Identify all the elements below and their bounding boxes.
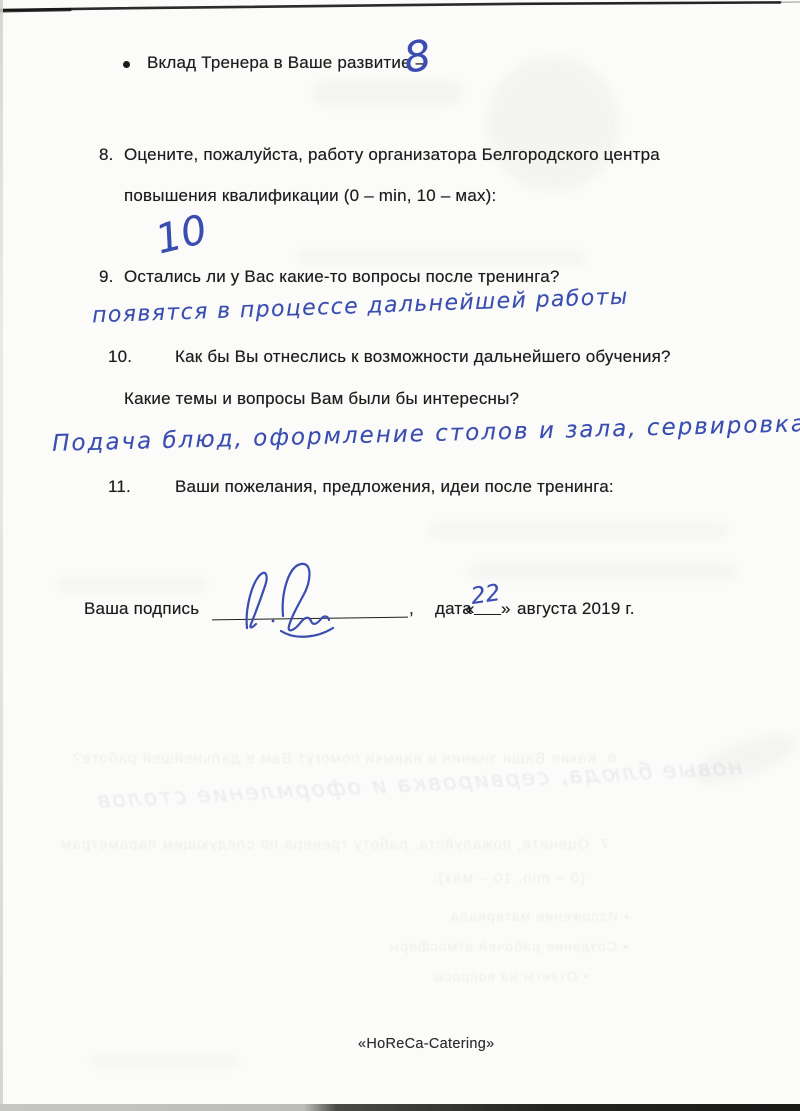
- q11-number: 11.: [108, 477, 131, 497]
- q10-number: 10.: [108, 347, 132, 367]
- date-close-quote: »: [501, 599, 511, 619]
- bleedthrough-scale-note: (0 – min, 10 – мах):: [432, 870, 585, 887]
- handwritten-answer-q10: Подача блюд, оформление столов и зала, с…: [52, 411, 800, 457]
- q11-text: Ваши пожелания, предложения, идеи после …: [175, 477, 614, 497]
- footer-brand: «HoReCa-Catering»: [358, 1036, 494, 1052]
- date-suffix: августа 2019 г.: [517, 599, 635, 619]
- handwritten-score-10: 10: [151, 207, 212, 264]
- bullet-item-label: Вклад Тренера в Ваше развитие –: [147, 53, 425, 73]
- bleedthrough-emblem-ghost: [486, 56, 620, 192]
- signature-handwriting: [225, 558, 350, 643]
- scan-edge-top: [0, 0, 800, 14]
- q8-text-line1: Оцените, пожалуйста, работу организатора…: [124, 145, 660, 165]
- signature-comma: ,: [409, 599, 414, 619]
- bleedthrough-question-6: 6. Какие Ваши знания и навыки помогут Ва…: [72, 750, 616, 767]
- scan-edge-left: [0, 0, 3, 1111]
- bleedthrough-bullet: • Создание рабочей атмосферы: [388, 938, 628, 954]
- bleedthrough-bullet: • Изложение материала: [450, 908, 629, 924]
- q9-number: 9.: [99, 267, 114, 287]
- q8-number: 8.: [99, 145, 114, 165]
- handwritten-date-22: 22: [469, 580, 502, 610]
- bleedthrough-bullet: • Ответы на вопросы: [432, 968, 589, 984]
- bleedthrough-smudge: [296, 250, 586, 264]
- bleedthrough-question-7: 7. Оцените, пожалуйста, работу тренера п…: [60, 836, 609, 853]
- bleedthrough-smudge: [56, 578, 206, 592]
- q9-text: Остались ли у Вас какие-то вопросы после…: [124, 267, 560, 287]
- bullet-icon: [123, 61, 130, 68]
- signature-label: Ваша подпись: [84, 599, 199, 619]
- handwritten-score-8: 8: [400, 30, 434, 83]
- bleedthrough-title-ghost: [312, 80, 462, 106]
- q8-text-line2: повышения квалификации (0 – min, 10 – ма…: [124, 186, 496, 206]
- bleedthrough-smudge: [90, 1056, 240, 1067]
- handwritten-answer-q9: появятся в процессе дальнейшей работы: [92, 285, 629, 329]
- scanned-questionnaire-page: 6. Какие Ваши знания и навыки помогут Ва…: [0, 0, 800, 1111]
- q10-text-line1: Как бы Вы отнеслись к возможности дальне…: [175, 347, 671, 367]
- bleedthrough-smudge: [428, 524, 728, 537]
- scan-edge-bottom: [0, 1104, 800, 1111]
- q10-text-line2: Какие темы и вопросы Вам были бы интерес…: [124, 389, 519, 409]
- bleedthrough-smudge: [468, 564, 738, 579]
